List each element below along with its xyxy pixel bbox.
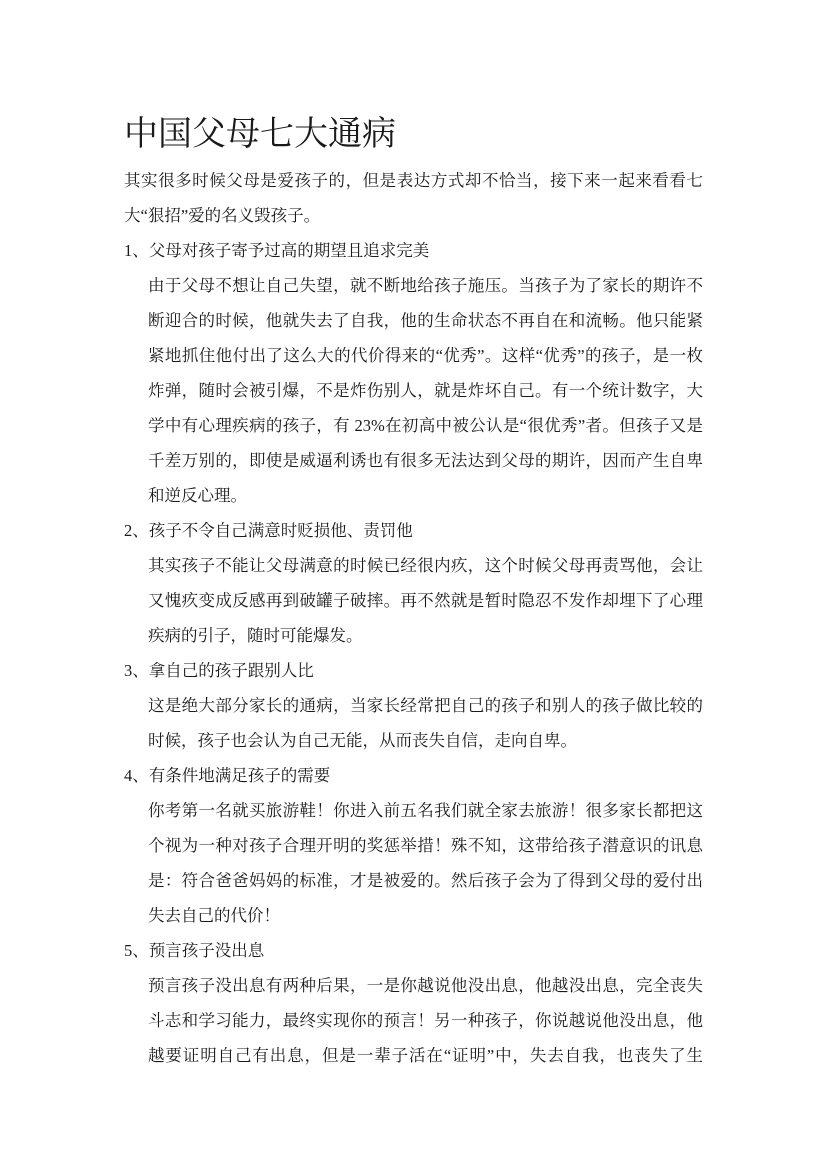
section-heading-row: 3、 拿自己的孩子跟别人比 <box>124 653 703 688</box>
section-number: 2、 <box>124 513 149 548</box>
section-body: 其实孩子不能让父母满意的时候已经很内疚，这个时候父母再责骂他，会让又愧疚变成反感… <box>148 548 703 653</box>
section-number: 1、 <box>124 233 149 268</box>
section-heading-row: 1、 父母对孩子寄予过高的期望且追求完美 <box>124 233 703 268</box>
document-page: 中国父母七大通病 其实很多时候父母是爱孩子的，但是表达方式却不恰当，接下来一起来… <box>0 0 827 1169</box>
section-number: 5、 <box>124 933 149 968</box>
section-5: 5、 预言孩子没出息 预言孩子没出息有两种后果，一是你越说他没出息，他越没出息，… <box>124 933 703 1073</box>
section-2: 2、 孩子不令自己满意时贬损他、责罚他 其实孩子不能让父母满意的时候已经很内疚，… <box>124 513 703 653</box>
section-body: 你考第一名就买旅游鞋！你进入前五名我们就全家去旅游！很多家长都把这个视为一种对孩… <box>148 793 703 933</box>
section-number: 3、 <box>124 653 149 688</box>
section-body: 由于父母不想让自己失望，就不断地给孩子施压。当孩子为了家长的期许不断迎合的时候，… <box>148 268 703 513</box>
section-heading-row: 5、 预言孩子没出息 <box>124 933 703 968</box>
section-heading: 拿自己的孩子跟别人比 <box>149 653 314 688</box>
section-heading: 孩子不令自己满意时贬损他、责罚他 <box>149 513 413 548</box>
section-heading: 父母对孩子寄予过高的期望且追求完美 <box>149 233 430 268</box>
section-body: 预言孩子没出息有两种后果，一是你越说他没出息，他越没出息，完全丧失斗志和学习能力… <box>148 968 703 1073</box>
intro-paragraph: 其实很多时候父母是爱孩子的，但是表达方式却不恰当，接下来一起来看看七大“狠招”爱… <box>124 163 703 233</box>
section-4: 4、 有条件地满足孩子的需要 你考第一名就买旅游鞋！你进入前五名我们就全家去旅游… <box>124 758 703 933</box>
section-number: 4、 <box>124 758 149 793</box>
section-heading-row: 4、 有条件地满足孩子的需要 <box>124 758 703 793</box>
section-1: 1、 父母对孩子寄予过高的期望且追求完美 由于父母不想让自己失望，就不断地给孩子… <box>124 233 703 513</box>
section-heading-row: 2、 孩子不令自己满意时贬损他、责罚他 <box>124 513 703 548</box>
section-heading: 预言孩子没出息 <box>149 933 265 968</box>
document-title: 中国父母七大通病 <box>124 112 703 158</box>
section-3: 3、 拿自己的孩子跟别人比 这是绝大部分家长的通病，当家长经常把自己的孩子和别人… <box>124 653 703 758</box>
section-heading: 有条件地满足孩子的需要 <box>149 758 331 793</box>
section-body: 这是绝大部分家长的通病，当家长经常把自己的孩子和别人的孩子做比较的时候，孩子也会… <box>148 688 703 758</box>
